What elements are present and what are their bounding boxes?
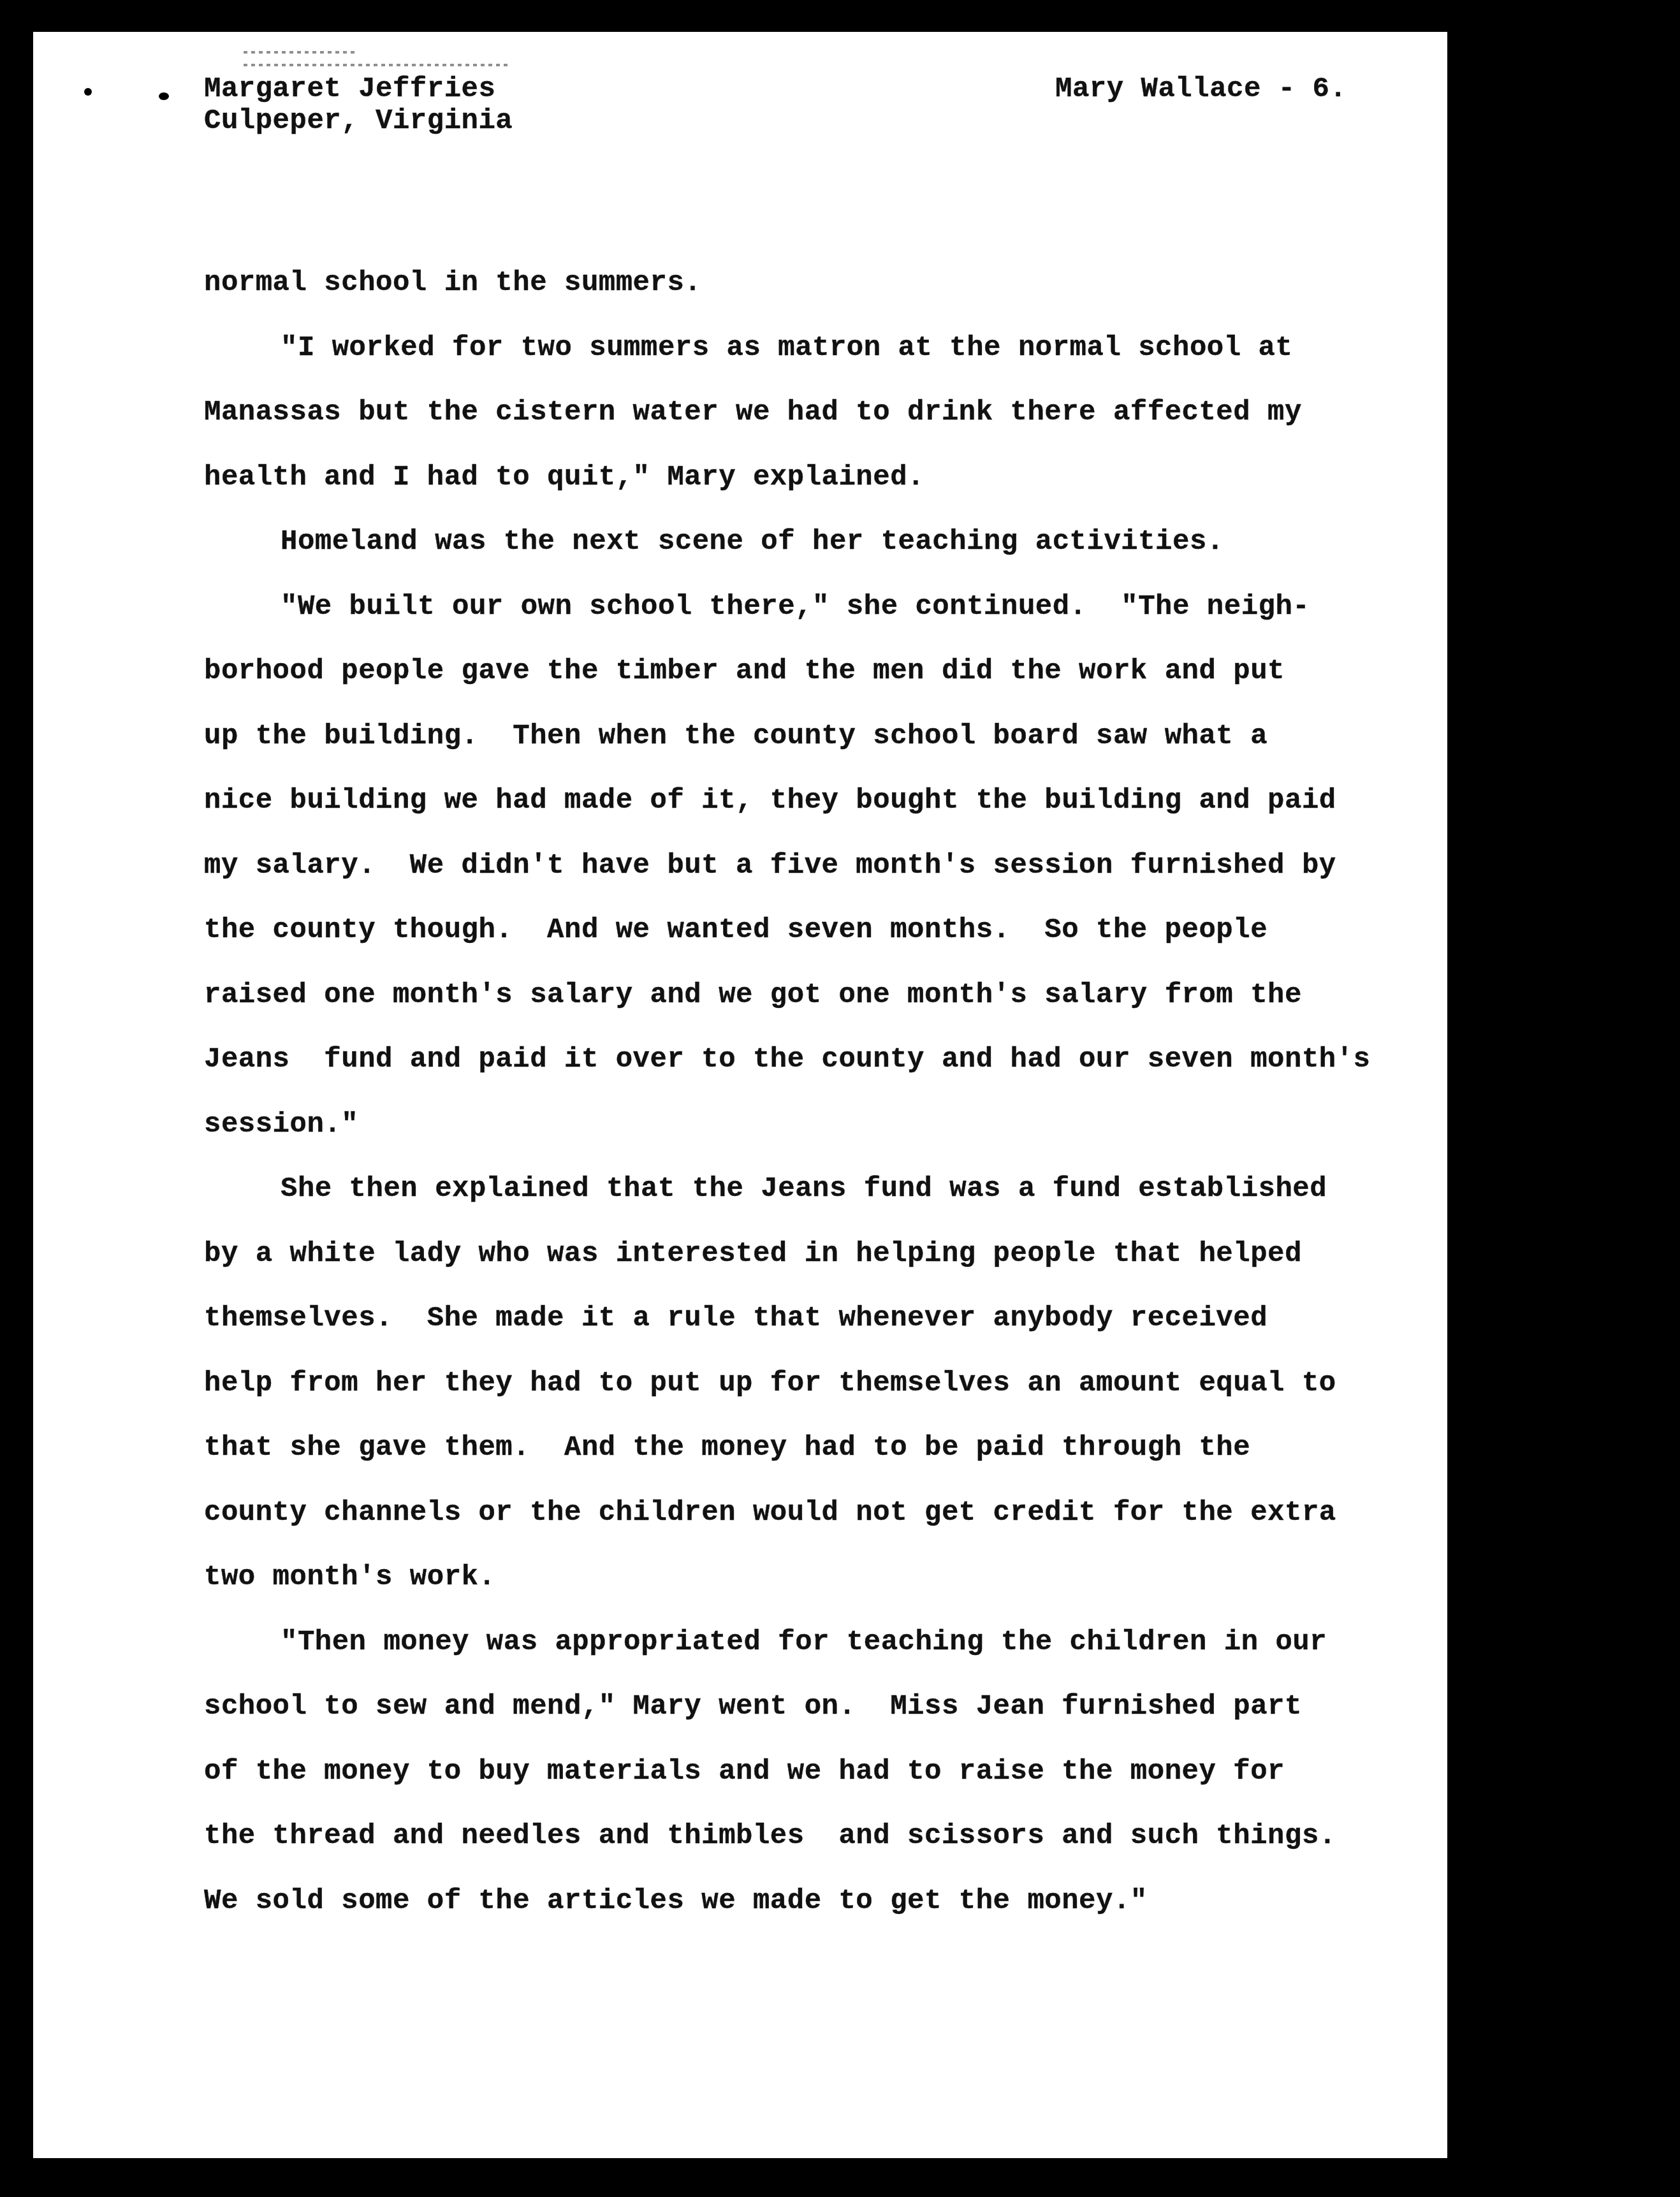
body-line: session." [204,1111,358,1139]
body-line: county channels or the children would no… [204,1499,1336,1527]
running-title: Mary Wallace - 6. [1055,75,1347,103]
bleed-through-mark [244,51,358,54]
body-line: two month's work. [204,1563,495,1591]
body-line: nice building we had made of it, they bo… [204,787,1336,815]
author-location: Culpeper, Virginia [204,107,513,135]
paragraph-first-line: Homeland was the next scene of her teach… [281,528,1224,556]
paragraph-first-line: "I worked for two summers as matron at t… [281,334,1292,362]
body-line: by a white lady who was interested in he… [204,1240,1302,1268]
body-line: borhood people gave the timber and the m… [204,657,1285,685]
body-line: We sold some of the articles we made to … [204,1887,1148,1915]
author-name: Margaret Jeffries [204,75,495,103]
body-line: normal school in the summers. [204,269,701,297]
body-line: my salary. We didn't have but a five mon… [204,852,1336,880]
body-line: up the building. Then when the county sc… [204,722,1267,750]
bleed-through-mark [244,64,511,66]
paragraph-first-line: She then explained that the Jeans fund w… [281,1175,1327,1203]
body-line: of the money to buy materials and we had… [204,1758,1285,1786]
body-line: Jeans fund and paid it over to the count… [204,1046,1371,1074]
stray-mark [159,92,169,100]
body-line: that she gave them. And the money had to… [204,1434,1250,1462]
document-page: Margaret Jeffries Culpeper, Virginia Mar… [33,32,1447,2158]
stray-mark [84,88,92,96]
body-line: school to sew and mend," Mary went on. M… [204,1693,1302,1721]
body-line: raised one month's salary and we got one… [204,981,1302,1009]
paragraph-first-line: "Then money was appropriated for teachin… [281,1628,1327,1656]
paragraph-first-line: "We built our own school there," she con… [281,593,1310,621]
body-line: Manassas but the cistern water we had to… [204,398,1302,427]
body-line: the thread and needles and thimbles and … [204,1822,1336,1850]
body-line: health and I had to quit," Mary explaine… [204,463,924,492]
body-line: help from her they had to put up for the… [204,1369,1336,1398]
body-line: themselves. She made it a rule that when… [204,1304,1267,1332]
body-line: the county though. And we wanted seven m… [204,916,1267,944]
